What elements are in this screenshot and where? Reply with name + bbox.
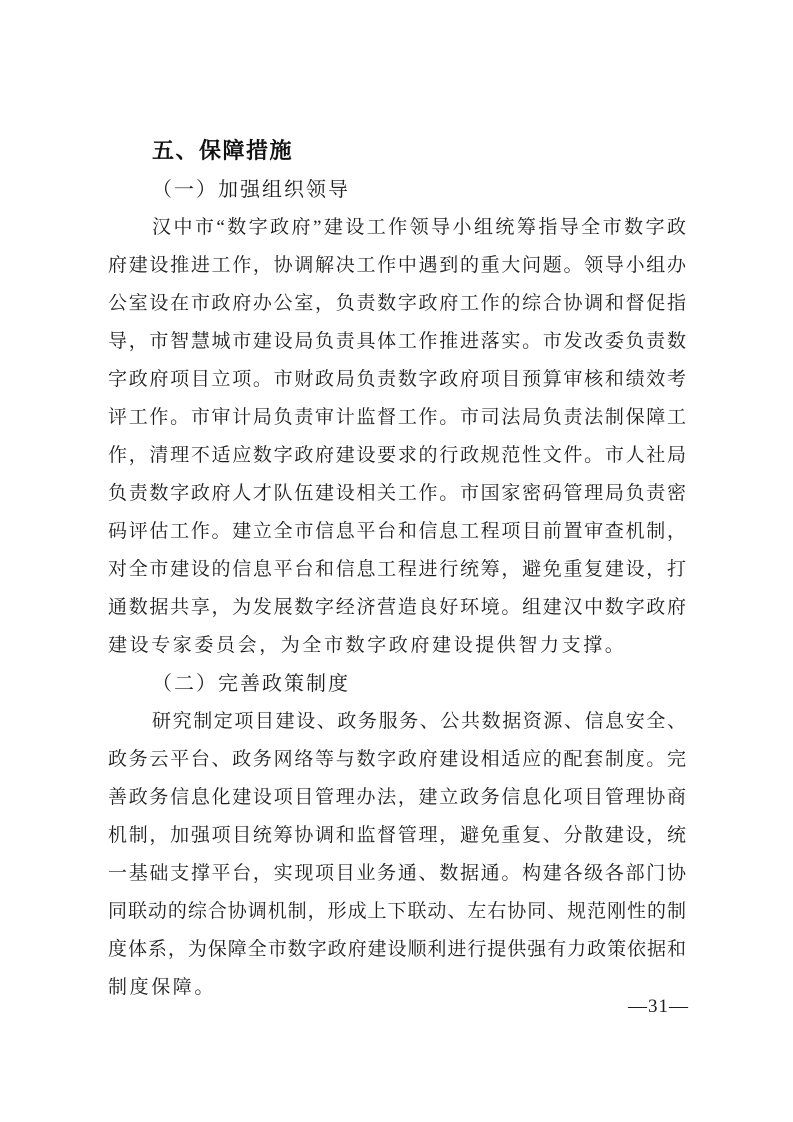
subsection-heading-1: （一）加强组织领导 xyxy=(108,171,686,209)
document-page: 五、保障措施 （一）加强组织领导 汉中市“数字政府”建设工作领导小组统筹指导全市… xyxy=(0,0,793,1122)
text-line: 对全市建设的信息平台和信息工程进行统筹，避免重复建设，打 xyxy=(108,551,686,589)
text-line: 制度保障。 xyxy=(108,969,686,1007)
text-line: 机制，加强项目统筹协调和监督管理，避免重复、分散建设，统 xyxy=(108,817,686,855)
text-line: 导，市智慧城市建设局负责具体工作推进落实。市发改委负责数 xyxy=(108,323,686,361)
text-line: 通数据共享，为发展数字经济营造良好环境。组建汉中数字政府 xyxy=(108,589,686,627)
text-line: 府建设推进工作，协调解决工作中遇到的重大问题。领导小组办 xyxy=(108,247,686,285)
text-line: 善政务信息化建设项目管理办法，建立政务信息化项目管理协商 xyxy=(108,779,686,817)
document-content: 五、保障措施 （一）加强组织领导 汉中市“数字政府”建设工作领导小组统筹指导全市… xyxy=(108,131,686,1007)
text-line: 研究制定项目建设、政务服务、公共数据资源、信息安全、 xyxy=(108,703,686,741)
subsection-heading-2: （二）完善政策制度 xyxy=(108,665,686,703)
text-line: 字政府项目立项。市财政局负责数字政府项目预算审核和绩效考 xyxy=(108,361,686,399)
text-line: 公室设在市政府办公室，负责数字政府工作的综合协调和督促指 xyxy=(108,285,686,323)
text-line: 评工作。市审计局负责审计监督工作。市司法局负责法制保障工 xyxy=(108,399,686,437)
paragraph-2: 研究制定项目建设、政务服务、公共数据资源、信息安全、 政务云平台、政务网络等与数… xyxy=(108,703,686,1007)
text-line: 作，清理不适应数字政府建设要求的行政规范性文件。市人社局 xyxy=(108,437,686,475)
page-number: —31— xyxy=(628,996,689,1018)
text-line: 码评估工作。建立全市信息平台和信息工程项目前置审查机制， xyxy=(108,513,686,551)
paragraph-1: 汉中市“数字政府”建设工作领导小组统筹指导全市数字政 府建设推进工作，协调解决工… xyxy=(108,209,686,665)
text-line: 政务云平台、政务网络等与数字政府建设相适应的配套制度。完 xyxy=(108,741,686,779)
text-line: 汉中市“数字政府”建设工作领导小组统筹指导全市数字政 xyxy=(108,209,686,247)
section-heading: 五、保障措施 xyxy=(108,131,686,171)
text-line: 建设专家委员会，为全市数字政府建设提供智力支撑。 xyxy=(108,627,686,665)
text-line: 度体系，为保障全市数字政府建设顺利进行提供强有力政策依据和 xyxy=(108,931,686,969)
text-line: 一基础支撑平台，实现项目业务通、数据通。构建各级各部门协 xyxy=(108,855,686,893)
text-line: 同联动的综合协调机制，形成上下联动、左右协同、规范刚性的制 xyxy=(108,893,686,931)
text-line: 负责数字政府人才队伍建设相关工作。市国家密码管理局负责密 xyxy=(108,475,686,513)
